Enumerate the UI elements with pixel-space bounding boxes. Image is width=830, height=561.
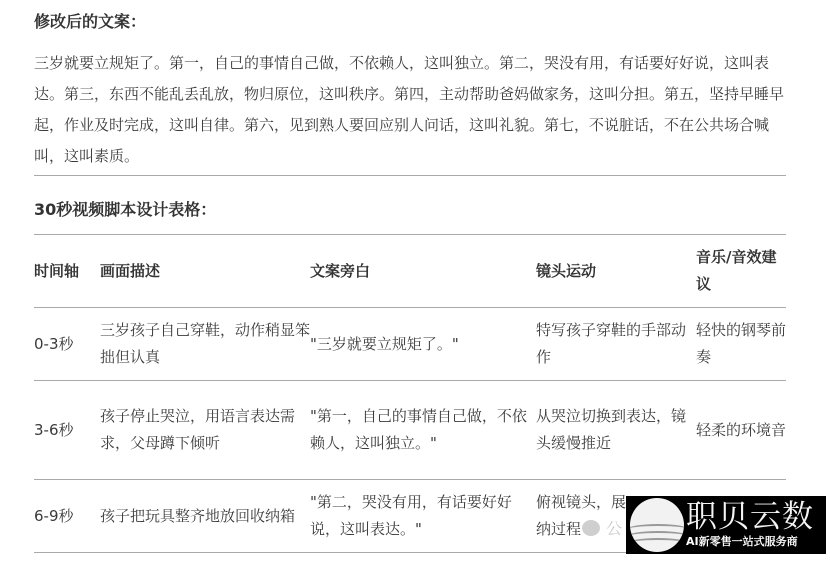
cell-time: 3-6秒: [34, 381, 100, 480]
cell-camera: 从哭泣切换到表达，镜头缓慢推近: [536, 381, 696, 480]
wechat-icon: [582, 520, 600, 536]
table-row: 0-3秒 三岁孩子自己穿鞋，动作稍显笨拙但认真 "三岁就要立规矩了。" 特写孩子…: [34, 308, 786, 381]
wechat-watermark: 公: [582, 516, 622, 539]
cell-time: 6-9秒: [34, 480, 100, 553]
cell-camera: 特写孩子穿鞋的手部动作: [536, 308, 696, 381]
cell-music: 轻柔的环境音: [696, 381, 786, 480]
cell-music: 轻快的钢琴前奏: [696, 308, 786, 381]
cell-narration: "三岁就要立规矩了。": [310, 308, 536, 381]
divider: [34, 175, 786, 176]
section-title-revised-copy: 修改后的文案：: [34, 9, 146, 32]
cell-scene: 三岁孩子自己穿鞋，动作稍显笨拙但认真: [100, 308, 310, 381]
header-music: 音乐/音效建议: [696, 235, 786, 308]
header-narration: 文案旁白: [310, 235, 536, 308]
wechat-watermark-text: 公: [606, 516, 622, 539]
wave-logo-icon: [630, 498, 684, 552]
brand-title: 职贝云数: [686, 500, 814, 534]
cell-narration: "第二，哭没有用，有话要好好说，这叫表达。": [310, 480, 536, 553]
table-row: 3-6秒 孩子停止哭泣，用语言表达需求，父母蹲下倾听 "第一，自己的事情自己做，…: [34, 381, 786, 480]
revised-copy-paragraph: 三岁就要立规矩了。第一，自己的事情自己做，不依赖人，这叫独立。第二，哭没有用，有…: [34, 48, 790, 172]
header-camera: 镜头运动: [536, 235, 696, 308]
header-timeline: 时间轴: [34, 235, 100, 308]
brand-subtitle: AI新零售一站式服务商: [686, 534, 814, 550]
section-title-script-table: 30秒视频脚本设计表格：: [34, 197, 216, 220]
cell-scene: 孩子把玩具整齐地放回收纳箱: [100, 480, 310, 553]
cell-narration: "第一，自己的事情自己做，不依赖人，这叫独立。": [310, 381, 536, 480]
cell-scene: 孩子停止哭泣，用语言表达需求，父母蹲下倾听: [100, 381, 310, 480]
header-scene: 画面描述: [100, 235, 310, 308]
cell-time: 0-3秒: [34, 308, 100, 381]
brand-watermark-logo: 职贝云数 AI新零售一站式服务商: [626, 496, 826, 554]
table-header-row: 时间轴 画面描述 文案旁白 镜头运动 音乐/音效建议: [34, 235, 786, 308]
